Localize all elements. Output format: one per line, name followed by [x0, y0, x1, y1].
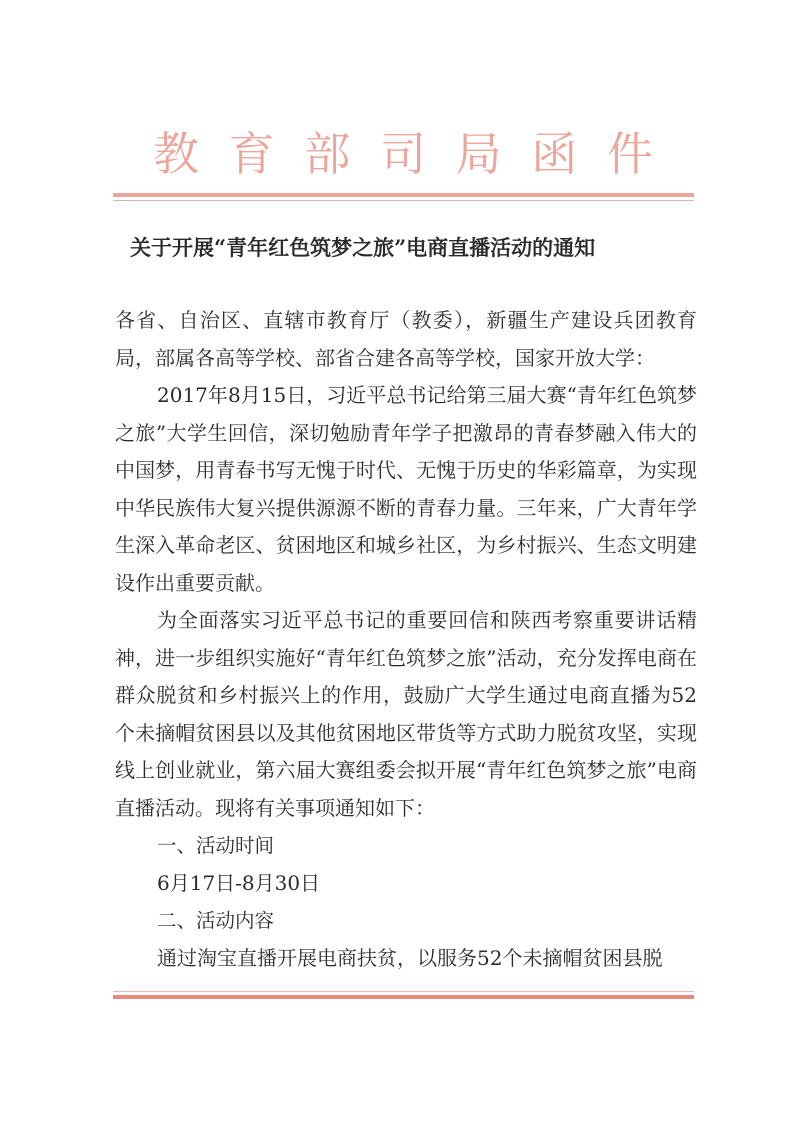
section-heading: 二、活动内容	[115, 902, 697, 940]
section-heading: 一、活动时间	[115, 827, 697, 865]
masthead-char: 教	[153, 118, 199, 184]
masthead-char: 局	[456, 118, 502, 184]
footer-rule-thick	[113, 995, 694, 999]
document-body: 各省、自治区、直辖市教育厅（教委），新疆生产建设兵团教育局，部属各高等学校、部省…	[115, 302, 697, 977]
masthead-char: 件	[607, 118, 653, 184]
masthead-char: 育	[229, 118, 275, 184]
header-rule-thin	[113, 200, 694, 201]
masthead-char: 部	[304, 118, 350, 184]
masthead: 教 育 部 司 局 函 件	[113, 118, 693, 184]
section-content: 通过淘宝直播开展电商扶贫，以服务52个未摘帽贫困县脱	[115, 940, 697, 978]
header-rule-thick	[113, 193, 694, 197]
paragraph: 为全面落实习近平总书记的重要回信和陕西考察重要讲话精神，进一步组织实施好“青年红…	[115, 602, 697, 827]
footer-rule-thin	[113, 991, 694, 992]
section-content: 6月17日-8月30日	[115, 865, 697, 903]
addressee: 各省、自治区、直辖市教育厅（教委），新疆生产建设兵团教育局，部属各高等学校、部省…	[115, 302, 697, 377]
masthead-char: 司	[380, 118, 426, 184]
paragraph: 2017年8月15日，习近平总书记给第三届大赛“青年红色筑梦之旅”大学生回信，深…	[115, 377, 697, 602]
masthead-char: 函	[531, 118, 577, 184]
document-title: 关于开展“青年红色筑梦之旅”电商直播活动的通知	[130, 232, 690, 262]
